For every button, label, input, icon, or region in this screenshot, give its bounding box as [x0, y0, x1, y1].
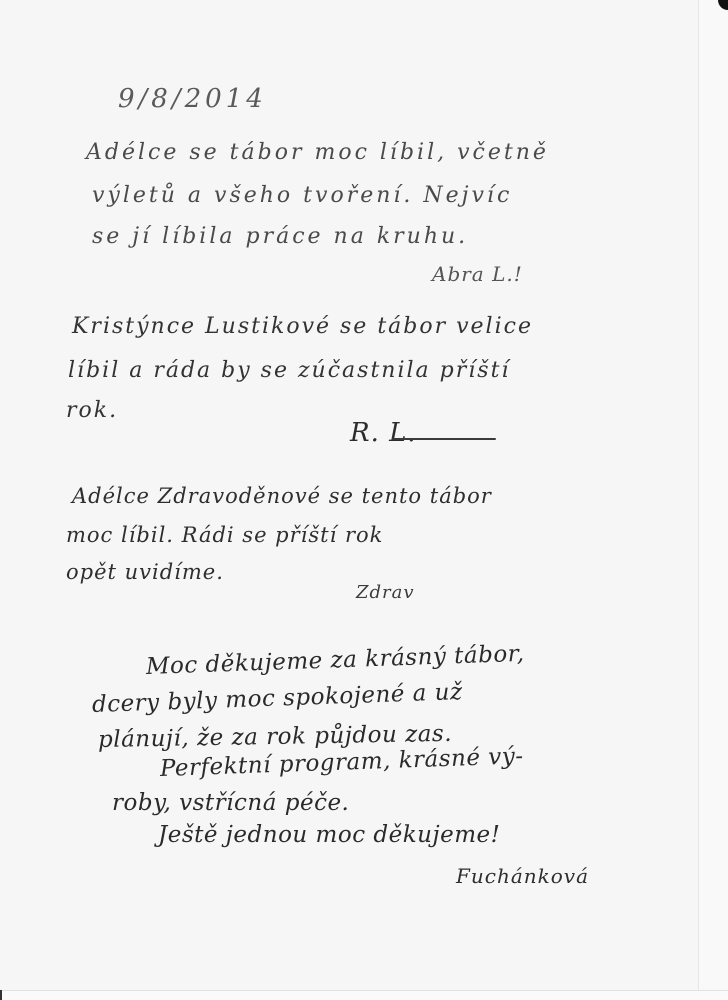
entry-line: se jí líbila práce na kruhu.: [92, 224, 468, 249]
entry-line: moc líbil. Rádi se příští rok: [66, 523, 383, 547]
scan-edge-bottom: [0, 990, 728, 1000]
date: 9/8/2014: [118, 84, 267, 114]
entry-line: výletů a všeho tvoření. Nejvíc: [92, 183, 512, 208]
entry-line: Adélce Zdravoděnové se tento tábor: [72, 484, 492, 508]
signature: Abra L.!: [432, 262, 523, 286]
scan-corner-bottom-left: [0, 990, 2, 1000]
entry-line: Kristýnce Lustikové se tábor velice: [72, 314, 533, 339]
entry-line: Adélce se tábor moc líbil, včetně: [86, 140, 549, 165]
entry-line: líbil a ráda by se zúčastnila příští: [68, 358, 510, 383]
entry-line: roby, vstřícná péče.: [112, 790, 349, 816]
signature-underline: [392, 438, 496, 440]
entry-line: Ještě jednou moc děkujeme!: [158, 822, 500, 848]
entry-line: Moc děkujeme za krásný tábor,: [146, 641, 525, 680]
entry-line: dcery byly moc spokojené a už: [92, 679, 464, 718]
signature: Fuchánková: [456, 864, 589, 888]
entry-line: opět uvidíme.: [66, 560, 224, 584]
scanned-page: 9/8/2014 Adélce se tábor moc líbil, včet…: [0, 0, 728, 1000]
signature: Zdrav: [356, 582, 415, 603]
signature: R. L.: [350, 418, 417, 448]
scan-edge-right: [698, 0, 728, 1000]
entry-line: rok.: [66, 398, 118, 423]
